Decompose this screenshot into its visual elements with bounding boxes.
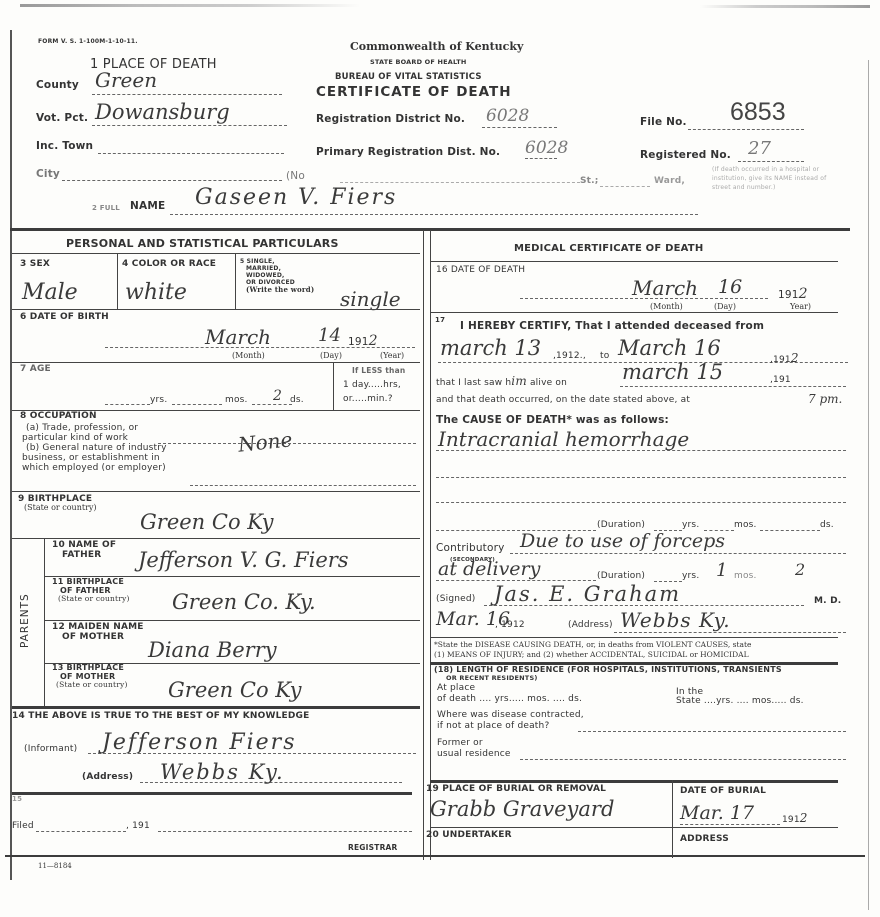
- at-place-label: At place: [437, 683, 475, 693]
- burial-date-label: DATE OF BURIAL: [680, 786, 766, 796]
- footnote-line-1: *State the DISEASE CAUSING DEATH, or, in…: [434, 640, 751, 649]
- less-than-label: If LESS than: [352, 366, 405, 375]
- marital-value: single: [340, 287, 401, 311]
- med-address-value: Webbs Ky.: [620, 608, 731, 632]
- informant-value: Jefferson Fiers: [102, 730, 296, 755]
- dod-month-caption: (Month): [650, 302, 683, 311]
- race-label: 4 COLOR OR RACE: [122, 259, 216, 269]
- inc-town-label: Inc. Town: [36, 140, 93, 152]
- attended-from: march 13: [440, 336, 541, 360]
- primary-reg-label: Primary Registration Dist. No.: [316, 146, 500, 158]
- duration-mos: mos.: [734, 520, 757, 530]
- parents-label: PARENTS: [19, 593, 31, 648]
- of-death-line: of death .... yrs..... mos. .... ds.: [437, 694, 582, 704]
- death-time: 7 pm.: [808, 392, 842, 406]
- left-border: [10, 30, 12, 880]
- contrib-duration-label: (Duration): [597, 571, 645, 581]
- mother-name-value: Diana Berry: [148, 638, 277, 662]
- undertaker-label: 20 UNDERTAKER: [426, 830, 512, 840]
- county-value: Green: [95, 68, 157, 92]
- contrib-mos-value: 1: [716, 560, 727, 581]
- duration-label: (Duration): [597, 520, 645, 530]
- form-number: FORM V. S. 1-100M-1-10-11.: [38, 38, 138, 45]
- mother-birthplace-value: Green Co Ky: [168, 678, 301, 702]
- occupation-label: 8 OCCUPATION: [20, 411, 97, 421]
- age-mos-label: mos.: [225, 395, 248, 405]
- contrib-yrs: yrs.: [682, 571, 699, 581]
- duration-ds: ds.: [820, 520, 834, 530]
- last-saw-date: march 15: [622, 360, 723, 384]
- birthplace-sub: (State or country): [24, 503, 97, 512]
- burial-date-value: Mar. 17: [680, 802, 754, 824]
- last-saw-label: that I last saw him alive on: [436, 374, 567, 388]
- personal-heading: PERSONAL AND STATISTICAL PARTICULARS: [66, 237, 339, 250]
- to-label: to: [600, 351, 609, 361]
- where-contracted-1: Where was disease contracted,: [437, 710, 584, 720]
- ward-label: Ward,: [654, 176, 685, 186]
- primary-reg-value: 6028: [525, 138, 568, 158]
- physician-signature: Jas. E. Graham: [494, 582, 681, 606]
- attended-to-year: ,1912: [770, 351, 799, 365]
- marital-label: 5 SINGLE, MARRIED, WIDOWED, OR DIVORCED …: [240, 258, 314, 293]
- county-label: County: [36, 79, 79, 91]
- burial-value: Grabb Graveyard: [430, 797, 614, 821]
- dod-year-caption: Year): [790, 302, 811, 311]
- attended-from-year: ,1912.,: [553, 351, 586, 361]
- cause-label: The CAUSE OF DEATH* was as follows:: [436, 414, 669, 426]
- dob-year: 1912: [348, 333, 378, 349]
- center-divider: [423, 230, 424, 860]
- father-birthplace-label: 11 BIRTHPLACE OF FATHER (State or countr…: [52, 578, 130, 604]
- filed-191: , 191: [126, 821, 150, 831]
- file-no-label: File No.: [640, 116, 687, 128]
- informant-address: Webbs Ky.: [160, 760, 285, 784]
- one-day-label: 1 day.....hrs,: [343, 380, 401, 390]
- mother-name-label: 12 MAIDEN NAME OF MOTHER: [52, 622, 144, 642]
- dob-month: March: [205, 325, 271, 349]
- scan-artifact: [700, 5, 870, 8]
- former-residence-2: usual residence: [437, 749, 511, 759]
- sex-value: Male: [22, 280, 78, 305]
- medical-heading: MEDICAL CERTIFICATE OF DEATH: [514, 243, 703, 254]
- certificate-title: CERTIFICATE OF DEATH: [316, 84, 512, 100]
- where-contracted-2: if not at place of death?: [437, 721, 549, 731]
- contributory-value-2: at delivery: [438, 558, 540, 580]
- state-line: State ....yrs. .... mos..... ds.: [676, 696, 804, 706]
- city-label: City: [36, 168, 60, 180]
- decedent-name: Gaseen V. Fiers: [195, 185, 397, 210]
- dob-year-caption: (Year): [380, 351, 404, 360]
- or-min-label: or.....min.?: [343, 394, 393, 404]
- dod-day-caption: (Day): [714, 302, 736, 311]
- dob-day: 14: [318, 325, 341, 346]
- father-name-label: 10 NAME OF FATHER: [52, 540, 116, 560]
- vot-pct-label: Vot. Pct.: [36, 112, 88, 124]
- cause-value: Intracranial hemorrhage: [438, 427, 689, 451]
- birthplace-value: Green Co Ky: [140, 510, 273, 534]
- dod-month: March: [632, 276, 698, 300]
- former-residence-1: Former or: [437, 738, 483, 748]
- registered-no-label: Registered No.: [640, 149, 731, 161]
- burial-year: 1912: [782, 811, 808, 825]
- reg-district-value: 6028: [486, 106, 529, 126]
- mother-birthplace-label: 13 BIRTHPLACE OF MOTHER (State or countr…: [52, 664, 128, 690]
- age-ds-label: ds.: [290, 395, 304, 405]
- occupation-a: (a) Trade, profession, or particular kin…: [22, 423, 167, 473]
- attended-to: March 16: [618, 336, 721, 360]
- address-label: (Address): [82, 772, 133, 782]
- contributory-value-1: Due to use of forceps: [520, 530, 725, 552]
- footer-code: 11—8184: [38, 862, 72, 870]
- registrar-label: REGISTRAR: [348, 843, 398, 852]
- death-occurred-text: and that death occurred, on the date sta…: [436, 395, 690, 405]
- scan-artifact: [20, 4, 360, 7]
- contrib-ds-value: 2: [795, 560, 805, 579]
- name-label: NAME: [130, 200, 165, 212]
- age-days-value: 2: [273, 388, 282, 404]
- vot-pct-value: Dowansburg: [95, 100, 230, 124]
- residence-label-2: OR RECENT RESIDENTS): [446, 674, 538, 682]
- hospital-note: (If death occurred in a hospital or inst…: [712, 165, 832, 192]
- sex-label: 3 SEX: [20, 259, 50, 269]
- item-17: 17: [435, 316, 445, 324]
- footnote-line-2: (1) MEANS OF INJURY; and (2) whether ACC…: [434, 650, 749, 659]
- filed-label: Filed: [12, 821, 34, 831]
- residence-label: (18) LENGTH OF RESIDENCE (FOR HOSPITALS,…: [434, 665, 782, 674]
- bureau: BUREAU OF VITAL STATISTICS: [335, 72, 482, 82]
- race-value: white: [125, 280, 187, 305]
- age-label: 7 AGE: [20, 364, 51, 374]
- signed-label: (Signed): [436, 594, 476, 604]
- st-label: St.;: [580, 176, 599, 186]
- father-name-value: Jefferson V. G. Fiers: [138, 548, 349, 572]
- dod-day: 16: [718, 276, 742, 298]
- undertaker-address-label: ADDRESS: [680, 834, 729, 844]
- med-address-label: (Address): [568, 620, 613, 630]
- occupation-value: None: [237, 427, 293, 457]
- duration-yrs: yrs.: [682, 520, 699, 530]
- item-15: 15: [12, 795, 22, 803]
- no-label: (No: [286, 170, 305, 182]
- signed-year: , 1912: [495, 620, 525, 630]
- dob-month-caption: (Month): [232, 351, 265, 360]
- dob-label: 6 DATE OF BIRTH: [20, 312, 109, 322]
- md-label: M. D.: [814, 596, 841, 606]
- contrib-mos: mos.: [734, 571, 757, 581]
- last-saw-year: ,191: [770, 375, 791, 385]
- dod-year: 1912: [778, 286, 808, 302]
- state-board: STATE BOARD OF HEALTH: [370, 58, 467, 66]
- file-no-value: 6853: [730, 98, 786, 127]
- age-yrs-label: yrs.: [150, 395, 167, 405]
- registered-no-value: 27: [748, 138, 771, 159]
- burial-label: 19 PLACE OF BURIAL OR REMOVAL: [426, 784, 606, 794]
- dob-day-caption: (Day): [320, 351, 342, 360]
- commonwealth-title: Commonwealth of Kentucky: [350, 40, 523, 53]
- informant-label: (Informant): [24, 744, 77, 754]
- contributory-label: Contributory: [436, 542, 505, 554]
- true-statement: 14 THE ABOVE IS TRUE TO THE BEST OF MY K…: [12, 711, 309, 721]
- dod-label: 16 DATE OF DEATH: [436, 265, 525, 275]
- certify-text: I HEREBY CERTIFY, That I attended deceas…: [460, 320, 764, 332]
- full-name-label: 2 FULL: [92, 204, 120, 212]
- reg-district-label: Registration District No.: [316, 113, 465, 125]
- right-border: [868, 60, 869, 910]
- father-birthplace-value: Green Co. Ky.: [172, 590, 316, 614]
